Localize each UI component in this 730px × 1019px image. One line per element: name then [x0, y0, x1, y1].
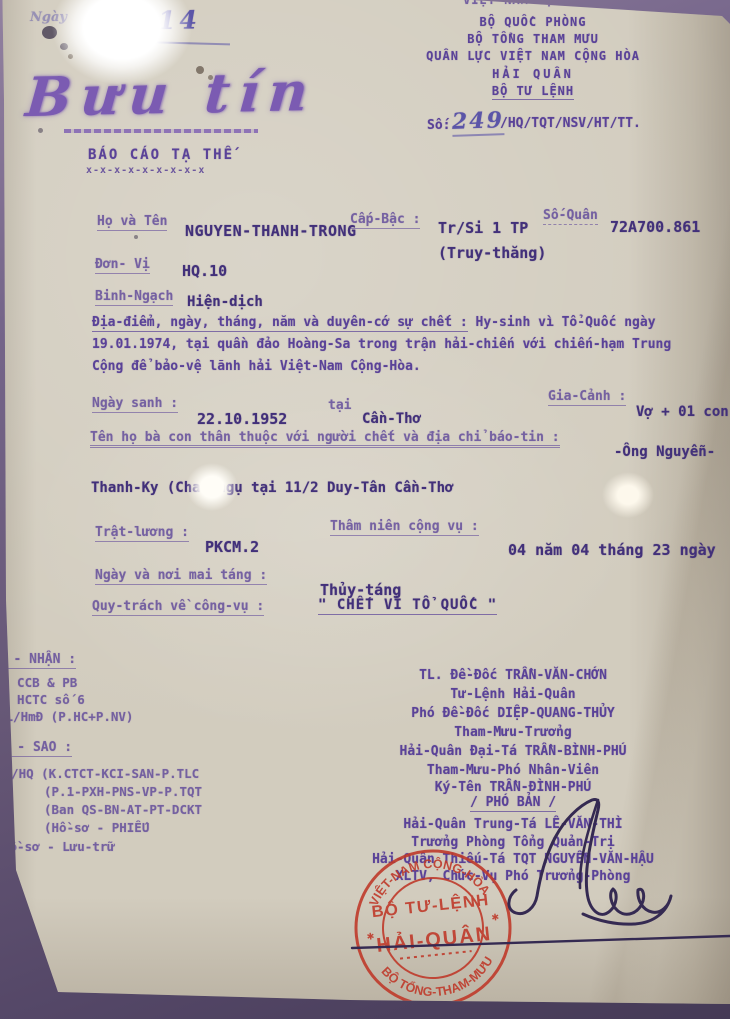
birth-at-label: tại	[328, 398, 351, 413]
service-number-value: 72A700.861	[610, 218, 700, 236]
unit-value: HQ.10	[182, 262, 227, 280]
name-value: NGUYEN-THANH-TRONG	[185, 222, 357, 240]
signature-flourish	[509, 799, 671, 924]
family-value: Vợ + 01 con	[636, 404, 729, 420]
category-value: Hiện-dịch	[187, 294, 263, 310]
death-paragraph-line3: Cộng để bảo-vệ lãnh hải Việt-Nam Cộng-Hò…	[92, 359, 421, 374]
ink-stain	[42, 26, 57, 39]
serial-prefix: Số:	[427, 118, 450, 133]
duty-label: Quy-trách về công-vụ :	[92, 599, 264, 616]
service-number-label: Số-Quân	[543, 208, 598, 225]
distribution-item: TL/HmĐ (P.HC+P.NV)	[0, 709, 133, 724]
paper-speck	[196, 66, 204, 74]
letterhead-command-text: BỘ TƯ LỆNH	[492, 84, 574, 100]
category-label: Binh-Ngạch	[95, 289, 173, 306]
birth-label: Ngày sanh :	[92, 396, 178, 413]
family-label: Gia-Cảnh :	[548, 389, 626, 406]
copies-item: (P.1-PXH-PNS-VP-P.TQT	[44, 784, 202, 799]
report-underline-ornament: x-x-x-x-x-x-x-x-x	[86, 165, 205, 176]
distribution-item: - CCB & PB	[2, 675, 77, 690]
signature-baseline	[352, 936, 730, 948]
letterhead-country: VIỆT NAM CỘNG HÒA	[368, 0, 698, 7]
report-title: BÁO CÁO TẠ THẾ	[88, 147, 234, 163]
name-label: Họ và Tên	[97, 214, 167, 231]
paper-speck	[38, 128, 43, 133]
ink-stain	[60, 43, 68, 50]
paper-speck	[208, 75, 213, 80]
handwritten-corner-number: 4.14	[124, 5, 201, 35]
letterhead-general-staff: BỘ TỔNG THAM MƯU	[368, 32, 698, 46]
signatory-line: Tham-Mưu-Trưởng	[335, 725, 691, 740]
birth-value: 22.10.1952	[197, 410, 287, 428]
paper-speck	[134, 235, 138, 239]
signatory-line: Phó Đề-Đốc DIỆP-QUANG-THỦY	[335, 706, 691, 721]
title-underline-ornament	[64, 129, 258, 133]
letterhead-command: BỘ TƯ LỆNH	[368, 84, 698, 98]
death-label: Địa-điểm, ngày, tháng, năm và duyên-cớ s…	[92, 315, 468, 332]
death-paragraph-line1: Địa-điểm, ngày, tháng, năm và duyên-cớ s…	[92, 315, 656, 330]
seniority-value: 04 năm 04 tháng 23 ngày	[508, 541, 716, 559]
copies-item: Hồ-sơ - Lưu-trữ	[2, 839, 115, 854]
death-text-1: Hy-sinh vì Tổ-Quốc ngày	[476, 315, 656, 330]
kin-name-part1: -Ông Nguyễn-	[614, 444, 715, 460]
serial-suffix: /HQ/TQT/NSV/HT/TT.	[500, 116, 641, 131]
handwritten-day-label: Ngày	[30, 10, 67, 25]
signatory-line: TL. Đề-Đốc TRẦN-VĂN-CHỚN	[335, 668, 691, 683]
paper-speck	[68, 54, 73, 59]
kin-label: Tên họ bà con thân thuộc với người chết …	[90, 430, 560, 448]
burial-label: Ngày và nơi mai táng :	[95, 568, 267, 585]
serial-number-handwritten: 249	[452, 107, 505, 137]
unit-label: Đơn- Vị	[95, 257, 150, 274]
pen-signature	[330, 760, 730, 1019]
kin-name-part2: Thanh-Ky (Cha) ngụ tại 11/2 Duy-Tân Cần-…	[91, 480, 453, 496]
pay-grade-value: PKCM.2	[205, 538, 259, 556]
copies-heading: BẢN - SAO :	[0, 740, 72, 757]
seniority-label: Thâm niên cộng vụ :	[330, 519, 479, 536]
letterhead-navy: HẢI QUÂN	[368, 67, 698, 81]
rank-value: Tr/Si 1 TP	[438, 219, 528, 237]
handwritten-underline	[128, 41, 230, 46]
letterhead-ministry: BỘ QUỐC PHÒNG	[368, 15, 698, 29]
document-photo: Ngày 4.14 VIỆT NAM CỘNG HÒA BỘ QUỐC PHÒN…	[0, 0, 730, 1019]
distribution-heading: ĐI - NHẬN :	[0, 652, 76, 669]
copies-item: TL/HQ (K.CTCT-KCI-SAN-P.TLC	[0, 766, 199, 781]
copies-item: (Hồ-sơ - PHIẾU	[44, 820, 149, 835]
birth-place: Cần-Thơ	[362, 411, 421, 427]
pay-grade-label: Trật-lương :	[95, 525, 189, 542]
distribution-item: - HCTC số 6	[2, 692, 85, 707]
paper-sheet: Ngày 4.14 VIỆT NAM CỘNG HÒA BỘ QUỐC PHÒN…	[0, 0, 730, 1019]
signatory-line: Hải-Quân Đại-Tá TRẦN-BÌNH-PHÚ	[335, 744, 691, 759]
letterhead-armed-forces: QUÂN LỰC VIỆT NAM CỘNG HÒA	[368, 49, 698, 63]
document-title-script: Bưu tín	[23, 59, 319, 129]
signature-spike	[580, 800, 598, 888]
duty-value: " CHẾT VÌ TỔ QUỐC "	[318, 597, 497, 615]
rank-note: (Truy-thăng)	[438, 244, 546, 262]
rank-label: Cấp-Bậc :	[350, 212, 420, 229]
death-paragraph-line2: 19.01.1974, tại quần đảo Hoàng-Sa trong …	[92, 337, 671, 352]
signatory-line: Tư-Lệnh Hải-Quân	[335, 687, 691, 702]
copies-item: (Ban QS-BN-AT-PT-DCKT	[44, 802, 202, 817]
